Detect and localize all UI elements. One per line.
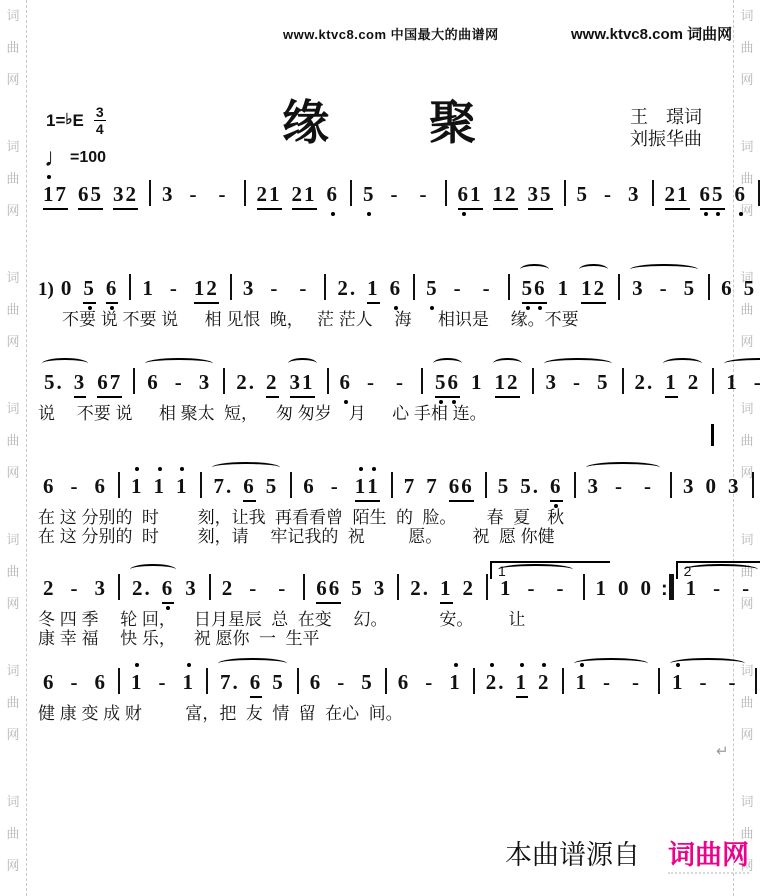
duration-dash: - bbox=[71, 474, 80, 499]
barline bbox=[752, 472, 754, 498]
note-group: - bbox=[420, 670, 439, 695]
note-group: - bbox=[724, 670, 743, 695]
note: 6 bbox=[329, 576, 342, 601]
note-group: 2. bbox=[486, 670, 506, 695]
duration-dash: - bbox=[454, 276, 463, 301]
watermark-char: 网 bbox=[0, 331, 26, 350]
note: 7 bbox=[214, 474, 227, 499]
note-group: 6 bbox=[340, 370, 353, 395]
note: 5 bbox=[351, 576, 364, 601]
note-group: 3 bbox=[374, 576, 387, 601]
note-group: 0 bbox=[641, 576, 654, 601]
note-group: 3 bbox=[162, 182, 175, 207]
note: 1 bbox=[440, 576, 453, 601]
watermark-char: 词 bbox=[734, 529, 760, 548]
note-group: 3 bbox=[243, 276, 256, 301]
note-group: - bbox=[66, 670, 85, 695]
footer-source: 本曲谱源自词曲网 bbox=[505, 833, 749, 872]
note: 2 bbox=[43, 576, 56, 601]
note: 5 bbox=[266, 474, 279, 499]
slur-arc: 1-- bbox=[720, 370, 760, 395]
note-group: 1 bbox=[142, 276, 155, 301]
note-group: 6 bbox=[721, 276, 734, 301]
duration-dash: - bbox=[660, 276, 669, 301]
note: 2 bbox=[257, 182, 270, 207]
barline bbox=[622, 368, 624, 394]
duration-dash: - bbox=[604, 182, 613, 207]
watermark-char: 网 bbox=[734, 331, 760, 350]
note: 3 bbox=[113, 182, 126, 207]
note-group: 32 bbox=[113, 182, 138, 210]
watermark-char: 词 bbox=[0, 5, 26, 24]
note-group: 1 bbox=[183, 670, 196, 695]
note: 5 bbox=[44, 370, 57, 395]
note-group: 7 bbox=[426, 474, 439, 499]
barline bbox=[385, 668, 387, 694]
barline bbox=[564, 180, 566, 206]
note-group: 0 bbox=[618, 576, 631, 601]
note: 5 bbox=[520, 474, 533, 499]
watermark-char: 网 bbox=[734, 724, 760, 743]
duration-dash: - bbox=[367, 370, 376, 395]
watermark-char: 网 bbox=[0, 200, 26, 219]
note: 1 bbox=[495, 370, 508, 395]
duration-dash: - bbox=[632, 670, 641, 695]
barline bbox=[297, 668, 299, 694]
note: 5 bbox=[361, 670, 374, 695]
barline bbox=[133, 368, 135, 394]
note-group: 3 bbox=[199, 370, 212, 395]
lyricist: 王 璟词 bbox=[630, 106, 702, 128]
note-group: 6 bbox=[243, 474, 256, 502]
repeat-barline bbox=[669, 574, 674, 600]
note-group: - bbox=[265, 276, 284, 301]
notation-line-5: 2-32.632--66532.1211--100:21--105 冬 四 季 … bbox=[38, 562, 734, 648]
note: 2 bbox=[236, 370, 249, 395]
duration-dash: - bbox=[483, 276, 492, 301]
dot: . bbox=[226, 474, 233, 499]
slur-arc: 56 bbox=[429, 370, 466, 398]
octave-dot-below bbox=[439, 400, 443, 404]
note-group: 5 bbox=[266, 474, 279, 499]
note: 6 bbox=[250, 670, 263, 695]
watermark-char: 词 bbox=[0, 791, 26, 810]
octave-dot-above bbox=[187, 663, 191, 667]
note-group: - bbox=[154, 670, 173, 695]
note-group: 65 bbox=[78, 182, 103, 210]
watermark-char: 曲 bbox=[734, 299, 760, 318]
note: 3 bbox=[243, 276, 256, 301]
note: 6 bbox=[78, 182, 91, 207]
note: 6 bbox=[340, 370, 353, 395]
note: 6 bbox=[310, 670, 323, 695]
barline bbox=[708, 274, 710, 300]
note: 5 bbox=[712, 182, 725, 207]
note-group: 3 bbox=[628, 182, 641, 207]
note: 6 bbox=[43, 474, 56, 499]
barline bbox=[149, 180, 151, 206]
watermark-char: 网 bbox=[0, 724, 26, 743]
barline bbox=[397, 574, 399, 600]
watermark-char: 曲 bbox=[0, 561, 26, 580]
note: 6 bbox=[735, 182, 748, 207]
octave-dot-below bbox=[452, 400, 456, 404]
barline bbox=[618, 274, 620, 300]
barline bbox=[421, 368, 423, 394]
note: 1 bbox=[449, 670, 462, 695]
barline bbox=[200, 472, 202, 498]
note-group: - bbox=[708, 576, 727, 601]
octave-dot-above bbox=[359, 467, 363, 471]
note: 0 bbox=[706, 474, 719, 499]
octave-dot-above bbox=[180, 467, 184, 471]
note-group: 6 bbox=[95, 474, 108, 499]
note: 2 bbox=[505, 182, 518, 207]
barline bbox=[206, 668, 208, 694]
note-group: 5 bbox=[426, 276, 439, 301]
duration-dash: - bbox=[425, 670, 434, 695]
duration-dash: - bbox=[396, 370, 405, 395]
duration-dash: - bbox=[278, 576, 287, 601]
octave-dot-below bbox=[331, 212, 335, 216]
footer-prefix: 本曲谱源自 bbox=[505, 840, 640, 870]
note: 6 bbox=[458, 182, 471, 207]
note-group: 1 bbox=[500, 576, 513, 601]
barline bbox=[118, 472, 120, 498]
barline bbox=[574, 472, 576, 498]
note-group: 3 bbox=[588, 474, 601, 499]
site-header-center: www.ktvc8.com 中国最大的曲谱网 bbox=[283, 24, 499, 43]
duration-dash: - bbox=[331, 474, 340, 499]
note: 5 bbox=[522, 276, 535, 301]
note-group: 2 bbox=[688, 370, 701, 395]
note: 1 bbox=[672, 670, 685, 695]
duration-dash: - bbox=[729, 670, 738, 695]
octave-dot-below bbox=[367, 212, 371, 216]
barline bbox=[508, 274, 510, 300]
note-group: 1 bbox=[558, 276, 571, 301]
note-group: 67 bbox=[97, 370, 122, 398]
return-arrow-icon: ↵ bbox=[716, 742, 729, 760]
notes-row: 1765323--212165--6112355-3216561-- bbox=[38, 168, 734, 216]
dot: . bbox=[249, 370, 256, 395]
slur-arc: 1-- bbox=[666, 670, 749, 695]
note-group: 2. bbox=[132, 576, 152, 601]
note-group: - bbox=[66, 474, 85, 499]
note: 6 bbox=[147, 370, 160, 395]
note: 2 bbox=[665, 182, 678, 207]
note-group: 6 bbox=[303, 474, 316, 499]
note: 2 bbox=[132, 576, 145, 601]
barline bbox=[712, 368, 714, 394]
barline bbox=[244, 180, 246, 206]
barline bbox=[303, 574, 305, 600]
note-group: 6 bbox=[43, 474, 56, 499]
note: 1 bbox=[131, 474, 144, 499]
notes-row: 1)0561-123--2.165--561123-565432-35 bbox=[38, 262, 734, 310]
note-group: 2 bbox=[463, 576, 476, 601]
note-group: 2 bbox=[43, 576, 56, 601]
notation-line-3: 5.3676-32.2316--561123-52.121--100 说 不要 … bbox=[38, 356, 734, 423]
note-group: - bbox=[478, 276, 497, 301]
duration-dash: - bbox=[603, 670, 612, 695]
slur-arc: 56 bbox=[516, 276, 553, 304]
note: 1 bbox=[302, 370, 315, 395]
note: 6 bbox=[316, 576, 329, 601]
note-group: 3 bbox=[632, 276, 645, 301]
note: 6 bbox=[97, 370, 110, 395]
octave-dot-above bbox=[47, 175, 51, 179]
note-group: 31 bbox=[290, 370, 315, 398]
note: 1 bbox=[154, 474, 167, 499]
note-group: 0 bbox=[706, 474, 719, 499]
note: 3 bbox=[588, 474, 601, 499]
note: 3 bbox=[185, 576, 198, 601]
slur-arc: 2.6 bbox=[126, 576, 180, 604]
note-group: - bbox=[568, 370, 587, 395]
watermark-char: 词 bbox=[734, 398, 760, 417]
watermark-char: 词 bbox=[0, 660, 26, 679]
note: 3 bbox=[290, 370, 303, 395]
duration-dash: - bbox=[754, 370, 760, 395]
notes-row: 6-61117.656-11776655.63--3032.63 bbox=[38, 460, 734, 508]
octave-dot-below bbox=[430, 306, 434, 310]
notation-line-1: 1765323--212165--6112355-3216561-- bbox=[38, 168, 734, 216]
slur-arc: 3-- bbox=[582, 474, 665, 499]
slur-arc: 7.65 bbox=[208, 474, 285, 502]
slur-arc: 1-- bbox=[680, 576, 760, 601]
note: 5 bbox=[91, 182, 104, 207]
note-group: 11 bbox=[355, 474, 380, 502]
note-group: 12 bbox=[581, 276, 606, 304]
note-group: - bbox=[610, 474, 629, 499]
octave-dot-below bbox=[394, 306, 398, 310]
duration-dash: - bbox=[557, 576, 566, 601]
note: 1 bbox=[516, 670, 529, 695]
watermark-char: 曲 bbox=[734, 430, 760, 449]
note: 2 bbox=[266, 370, 279, 395]
note-group: 17 bbox=[43, 182, 68, 210]
slur-arc: 5.3 bbox=[38, 370, 92, 398]
note-group: 0 bbox=[61, 276, 74, 301]
note: 3 bbox=[528, 182, 541, 207]
lyrics-row: 健 康 变 成 财 富，把 友 情 留 在心 间。 bbox=[38, 705, 734, 723]
note: 1 bbox=[176, 474, 189, 499]
slur-arc: 12 bbox=[489, 370, 526, 398]
slur-arc: 3-5 bbox=[626, 276, 702, 301]
note: 2 bbox=[635, 370, 648, 395]
note-group: - bbox=[362, 370, 381, 395]
note-group: 6 bbox=[162, 576, 175, 604]
note-group: 5 bbox=[597, 370, 610, 395]
octave-dot-above bbox=[372, 467, 376, 471]
dot: . bbox=[533, 474, 540, 499]
notes-row: 2-32.632--66532.1211--100:21--105 bbox=[38, 562, 734, 610]
octave-dot-below bbox=[739, 212, 743, 216]
note-group: 1 bbox=[665, 370, 678, 398]
note-group: - bbox=[552, 576, 571, 601]
barline bbox=[532, 368, 534, 394]
note: 6 bbox=[243, 474, 256, 499]
octave-dot-below bbox=[166, 606, 170, 610]
note-group: 1 bbox=[672, 670, 685, 695]
note-group: 1 bbox=[449, 670, 462, 695]
brand-link[interactable]: 词曲网 bbox=[668, 840, 749, 874]
note: 1 bbox=[367, 276, 380, 301]
note-group: - bbox=[415, 182, 434, 207]
octave-dot-above bbox=[135, 663, 139, 667]
barline bbox=[324, 274, 326, 300]
notes-row: 6-61-17.656-56-12.121--1--100 bbox=[38, 656, 734, 704]
note: 6 bbox=[43, 670, 56, 695]
note-group: 3 bbox=[185, 576, 198, 601]
verse-number: 1) bbox=[38, 279, 54, 300]
octave-dot-below bbox=[538, 306, 542, 310]
slur-arc: 31 bbox=[284, 370, 321, 398]
barline bbox=[486, 574, 488, 600]
note: 2 bbox=[292, 182, 305, 207]
duration-dash: - bbox=[528, 576, 537, 601]
note: 0 bbox=[61, 276, 74, 301]
note-group: 1 bbox=[576, 670, 589, 695]
lyrics-row: 在 这 分别的 时 刻，让我 再看看曾 陌生 的 脸。 春 夏 秋 bbox=[38, 509, 734, 527]
lyrics-row: 不要 说 不要 说 相 见恨 晚， 茫 茫人 海 相识是 缘。不要 bbox=[38, 311, 734, 329]
note-group: - bbox=[386, 182, 405, 207]
watermark-char: 词 bbox=[734, 791, 760, 810]
repeat-dots: : bbox=[661, 578, 668, 600]
note: 6 bbox=[106, 276, 119, 301]
note-group: 5. bbox=[44, 370, 64, 395]
note-group: - bbox=[273, 576, 292, 601]
note: 5 bbox=[540, 182, 553, 207]
note: 6 bbox=[95, 670, 108, 695]
note: 3 bbox=[683, 474, 696, 499]
note-group: 12 bbox=[194, 276, 219, 304]
note: 3 bbox=[546, 370, 559, 395]
barline bbox=[118, 574, 120, 600]
lyrics-row: 说 不要 说 相 聚太 短， 匆 匆岁 月 心 手相 连。 bbox=[38, 405, 734, 423]
note: 6 bbox=[303, 474, 316, 499]
note: 5 bbox=[426, 276, 439, 301]
note-group: 6 bbox=[327, 182, 340, 207]
note-group: - bbox=[214, 182, 233, 207]
note: 1 bbox=[131, 670, 144, 695]
note-group: 6 bbox=[106, 276, 119, 304]
duration-dash: - bbox=[700, 670, 709, 695]
duration-dash: - bbox=[175, 370, 184, 395]
barline bbox=[223, 368, 225, 394]
duration-dash: - bbox=[249, 576, 258, 601]
dot: . bbox=[350, 276, 357, 301]
barline bbox=[473, 668, 475, 694]
note-group: - bbox=[598, 670, 617, 695]
note: 5 bbox=[83, 276, 96, 301]
note-group: 6 bbox=[390, 276, 403, 301]
note: 1 bbox=[269, 182, 282, 207]
duration-dash: - bbox=[644, 474, 653, 499]
note: 2 bbox=[337, 276, 350, 301]
barline bbox=[209, 574, 211, 600]
note: 1 bbox=[43, 182, 56, 207]
barline bbox=[658, 668, 660, 694]
note: 0 bbox=[618, 576, 631, 601]
notation-line-4: 6-61117.656-11776655.63--3032.63 在 这 分别的… bbox=[38, 460, 734, 546]
watermark-char: 词 bbox=[0, 398, 26, 417]
watermark-char: 曲 bbox=[0, 430, 26, 449]
note-group: 21 bbox=[665, 182, 690, 210]
note: 2 bbox=[206, 276, 219, 301]
watermark-char: 曲 bbox=[734, 37, 760, 56]
note: 6 bbox=[398, 670, 411, 695]
watermark-char: 词 bbox=[0, 529, 26, 548]
duration-dash: - bbox=[159, 670, 168, 695]
note: 6 bbox=[95, 474, 108, 499]
octave-dot-above bbox=[580, 663, 584, 667]
stray-mark bbox=[711, 424, 714, 446]
note: 1 bbox=[581, 276, 594, 301]
note-group: 3 bbox=[683, 474, 696, 499]
note-group: - bbox=[170, 370, 189, 395]
note-group: 2. bbox=[410, 576, 430, 601]
watermark-char: 曲 bbox=[0, 823, 26, 842]
note: 3 bbox=[95, 576, 108, 601]
barline bbox=[118, 668, 120, 694]
site-header-right: www.ktvc8.com 词曲网 bbox=[571, 23, 732, 44]
barline bbox=[445, 180, 447, 206]
note: 6 bbox=[721, 276, 734, 301]
note: 3 bbox=[728, 474, 741, 499]
note-group: 2 bbox=[266, 370, 279, 398]
note-group: 2 bbox=[222, 576, 235, 601]
note-group: 1 bbox=[154, 474, 167, 499]
note: 7 bbox=[220, 670, 233, 695]
note-group: 2 bbox=[538, 670, 551, 695]
notation-line-6: 6-61-17.656-56-12.121--1--100 健 康 变 成 财 … bbox=[38, 656, 734, 723]
slur-arc: 12 bbox=[659, 370, 706, 398]
lyrics-row: 冬 四 季 轮 回， 日月星辰 总 在变 幻。 安。 让 bbox=[38, 611, 734, 629]
note-group: 1 bbox=[596, 576, 609, 601]
note-group: 3 bbox=[546, 370, 559, 395]
note: 6 bbox=[449, 474, 462, 499]
note-group: 21 bbox=[257, 182, 282, 210]
note: 7 bbox=[110, 370, 123, 395]
note: 6 bbox=[700, 182, 713, 207]
barline bbox=[391, 472, 393, 498]
time-signature: 34 bbox=[94, 105, 106, 136]
octave-dot-above bbox=[520, 663, 524, 667]
note: 6 bbox=[448, 370, 461, 395]
note-group: 2. bbox=[635, 370, 655, 395]
time-bottom: 4 bbox=[94, 121, 106, 136]
note: 0 bbox=[641, 576, 654, 601]
note-group: 3 bbox=[728, 474, 741, 499]
notes-row: 5.3676-32.2316--561123-52.121--100 bbox=[38, 356, 734, 404]
duration-dash: - bbox=[573, 370, 582, 395]
note: 2 bbox=[688, 370, 701, 395]
note: 5 bbox=[435, 370, 448, 395]
note: 7 bbox=[56, 182, 69, 207]
duration-dash: - bbox=[71, 670, 80, 695]
lyrics-row: 在 这 分别的 时 刻，请 牢记我的 祝 愿。 祝 愿 你健 bbox=[38, 528, 734, 546]
dot: . bbox=[647, 370, 654, 395]
duration-dash: - bbox=[337, 670, 346, 695]
note-group: 7. bbox=[220, 670, 240, 695]
note: 6 bbox=[534, 276, 547, 301]
note-group: 5 bbox=[498, 474, 511, 499]
octave-dot-below bbox=[110, 306, 114, 310]
note-group: 6 bbox=[310, 670, 323, 695]
key-note: E bbox=[72, 111, 83, 130]
